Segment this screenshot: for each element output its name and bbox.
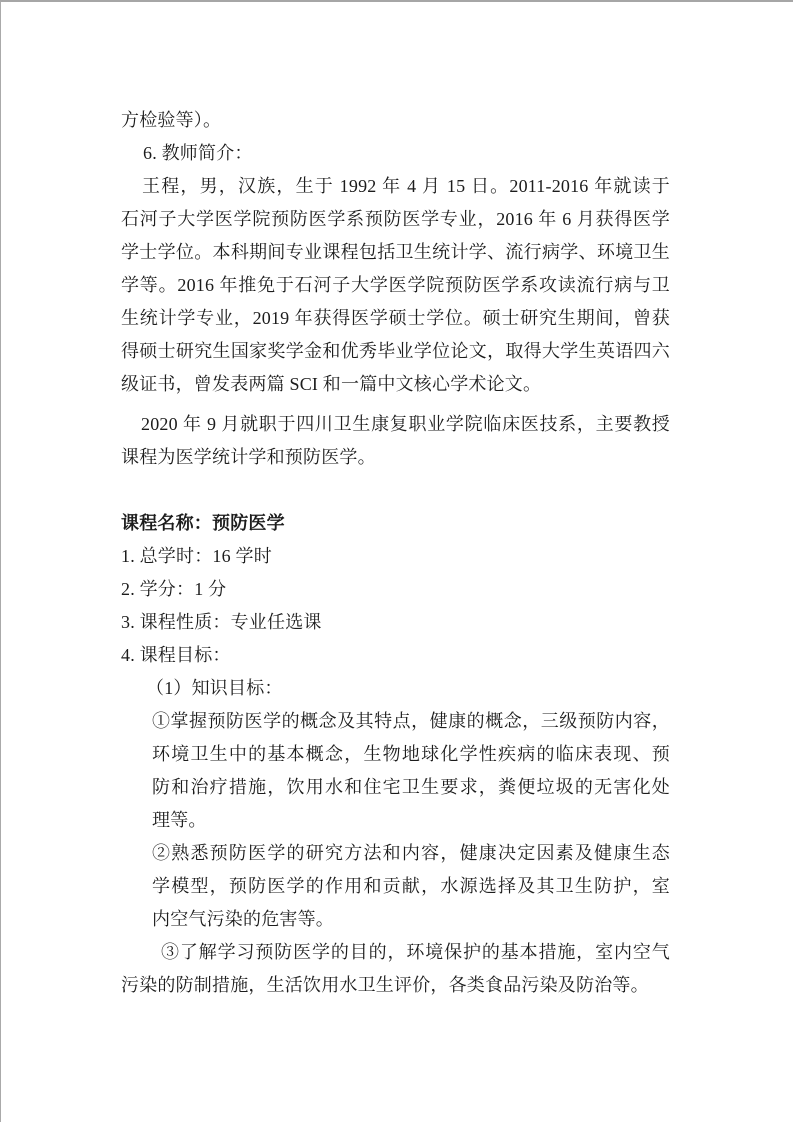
text-line: 3. 课程性质：专业任选课 — [121, 606, 670, 639]
text-line: 学士学位。本科期间专业课程包括卫生统计学、流行病学、环境卫生 — [121, 236, 670, 269]
text-line: 方检验等）。 — [121, 104, 670, 137]
text-line: 学等。2016 年推免于石河子大学医学院预防医学系攻读流行病与卫 — [121, 269, 670, 302]
text-line: 4. 课程目标： — [121, 639, 670, 672]
text-line: （1）知识目标： — [121, 672, 670, 705]
text-line: ②熟悉预防医学的研究方法和内容，健康决定因素及健康生态 — [152, 837, 670, 870]
course-title: 课程名称：预防医学 — [121, 507, 670, 540]
text-line: 得硕士研究生国家奖学金和优秀毕业学位论文，取得大学生英语四六 — [121, 335, 670, 368]
text-line: 污染的防制措施，生活饮用水卫生评价，各类食品污染及防治等。 — [121, 969, 670, 1002]
text-line: 理等。 — [152, 804, 670, 837]
text-line: 6. 教师简介： — [121, 137, 670, 170]
text-line: 1. 总学时：16 学时 — [121, 540, 670, 573]
text-line: 学模型，预防医学的作用和贡献，水源选择及其卫生防护，室 — [152, 870, 670, 903]
text-line: 级证书，曾发表两篇 SCI 和一篇中文核心学术论文。 — [121, 368, 670, 401]
text-line: 2020 年 9 月就职于四川卫生康复职业学院临床医技系，主要教授 — [121, 408, 670, 441]
text-line: 环境卫生中的基本概念，生物地球化学性疾病的临床表现、预 — [152, 738, 670, 771]
page-content: 方检验等）。6. 教师简介：王程，男，汉族，生于 1992 年 4 月 15 日… — [1, 2, 793, 1002]
document-page: 方检验等）。6. 教师简介：王程，男，汉族，生于 1992 年 4 月 15 日… — [0, 0, 793, 1122]
teacher-intro-section: 方检验等）。6. 教师简介：王程，男，汉族，生于 1992 年 4 月 15 日… — [121, 104, 670, 474]
text-line: 防和治疗措施，饮用水和住宅卫生要求，粪便垃圾的无害化处 — [152, 771, 670, 804]
course-info-section: 课程名称：预防医学1. 总学时：16 学时2. 学分：1 分3. 课程性质：专业… — [121, 507, 670, 1002]
text-line: 王程，男，汉族，生于 1992 年 4 月 15 日。2011-2016 年就读… — [121, 170, 670, 203]
text-line: 2. 学分：1 分 — [121, 573, 670, 606]
text-line: 石河子大学医学院预防医学系预防医学专业，2016 年 6 月获得医学 — [121, 203, 670, 236]
text-line: 生统计学专业，2019 年获得医学硕士学位。硕士研究生期间，曾获 — [121, 302, 670, 335]
text-line: ③了解学习预防医学的目的，环境保护的基本措施，室内空气 — [121, 936, 670, 969]
text-line: 课程为医学统计学和预防医学。 — [121, 441, 670, 474]
text-line: ①掌握预防医学的概念及其特点，健康的概念，三级预防内容， — [152, 705, 670, 738]
text-line: 内空气污染的危害等。 — [152, 903, 670, 936]
